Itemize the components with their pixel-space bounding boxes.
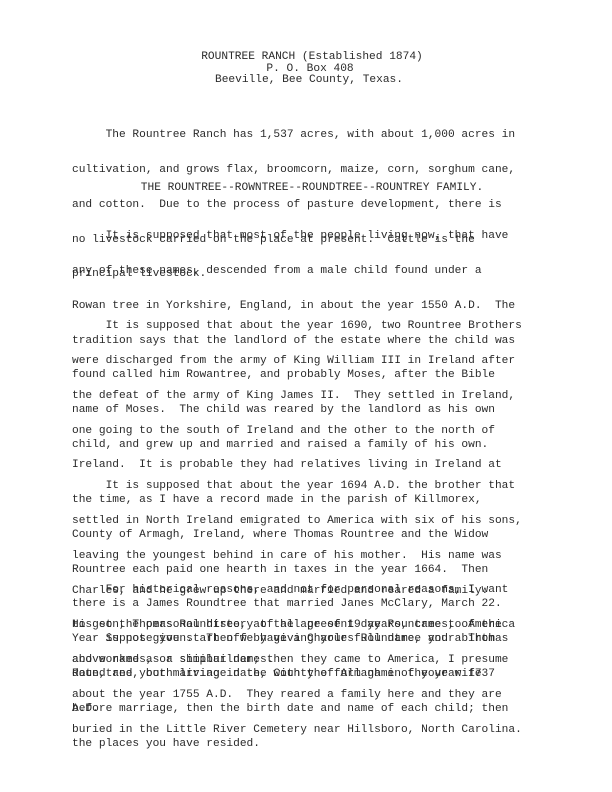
text-line: settled in North Ireland emigrated to Am…: [72, 516, 552, 528]
text-line: leaving the youngest behind in care of h…: [72, 551, 552, 563]
document-page: ROUNTREE RANCH (Established 1874) P. O. …: [0, 0, 612, 792]
text-line: It is supposed that about the year 1690,…: [72, 321, 552, 333]
text-line: cultivation, and grows flax, broomcorn, …: [72, 165, 552, 177]
letterhead-location: Beeville, Bee County, Texas.: [0, 75, 612, 87]
text-line: were discharged from the army of King Wi…: [72, 356, 552, 368]
text-line: Suppose you start off by giving your ful…: [72, 634, 552, 646]
text-line: It is supposed that about the year 1694 …: [72, 481, 552, 493]
text-line: the places you have resided.: [72, 739, 552, 751]
text-line: For historical reasons, and not for pers…: [72, 585, 552, 597]
text-line: one going to the south of Ireland and th…: [72, 426, 552, 438]
text-line: The Rountree Ranch has 1,537 acres, with…: [72, 130, 552, 142]
paragraph-instructions: Suppose you start off by giving your ful…: [72, 611, 552, 773]
text-line: It is supposed that most of the people l…: [72, 231, 552, 243]
text-line: before marriage, then the birth date and…: [72, 704, 552, 716]
letterhead: ROUNTREE RANCH (Established 1874) P. O. …: [0, 52, 612, 87]
text-line: any of these names, descended from a mal…: [72, 266, 552, 278]
section-title: THE ROUNTREE--ROWNTREE--ROUNDTREE--ROUNT…: [0, 182, 612, 194]
text-line: date, and your marriage date, with the f…: [72, 669, 552, 681]
text-line: the defeat of the army of King James II.…: [72, 391, 552, 403]
letterhead-title: ROUNTREE RANCH (Established 1874): [0, 52, 612, 64]
